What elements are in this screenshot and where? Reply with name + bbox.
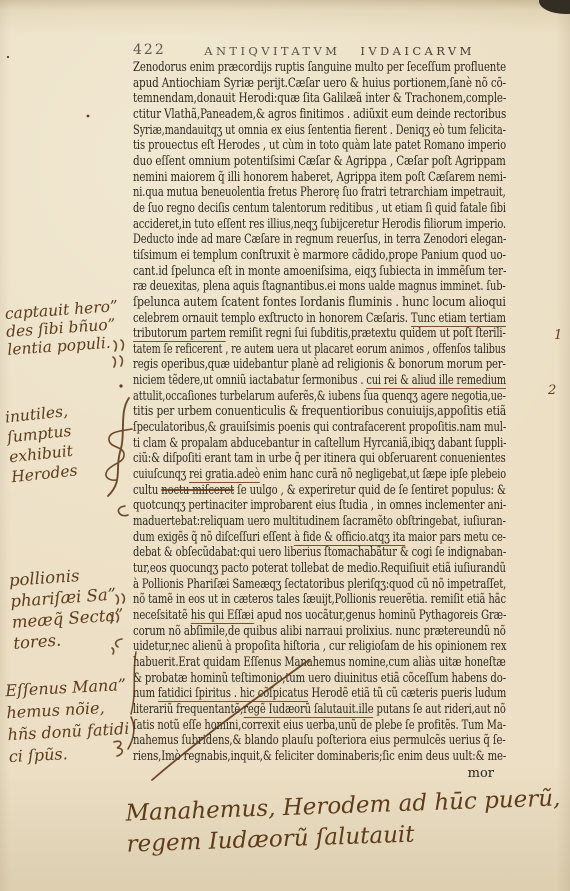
text-line: à Pollionis Phariſæi Sameæqʒ ſectatoribu…: [133, 577, 420, 593]
text-line: ſpelunca autem ſcatent fontes Iordanis f…: [133, 295, 448, 311]
text-line: ræ deuexitas, plena aquis ſtagnantibus.e…: [133, 279, 416, 295]
text-line: attulit,occaſiones turbelarum auferẽs,& …: [133, 389, 414, 405]
text-line: regis operibus,quæ uidebantur planè ad r…: [133, 357, 422, 373]
text-line: cant.id ſpelunca eſt in monte amoeniſsim…: [133, 264, 428, 280]
text-line: corum nõ abſimile,de quibus alibi narrau…: [133, 624, 425, 640]
margin-note-inutiles: inutiles,ſumptusexhibuitHerodes: [4, 401, 78, 488]
text-line: debat & obſecũdabat:qui uero liberius ſt…: [133, 545, 418, 561]
running-title: ANTIQVITATVM IVDAICARVM: [173, 44, 506, 58]
margin-numeral-1: 1: [554, 328, 562, 343]
text-line: num fatidici ſpiritus . hic cõſpicatus H…: [133, 686, 418, 702]
ink-speck: [87, 115, 90, 118]
text-line: Deducto inde ad mare Cæſare in regnum re…: [133, 232, 415, 248]
margin-note-captauit: captauit hero”des ſibi bñuo”lentia popul…: [4, 297, 121, 359]
text-line: literariũ frequentantẽ,regẽ Iudæorũ ſalu…: [133, 702, 418, 718]
text-line: habuerit.Erat quidam Eſſenus Manahemus n…: [133, 655, 420, 671]
text-line: ti clam & propalam abducebantur in caſte…: [133, 436, 416, 452]
text-line: Syriæ,mandauitqʒ ut omnia ex eius ſenten…: [133, 123, 414, 139]
text-line: accideret,in tuto eſſent res illius,neqʒ…: [133, 217, 417, 233]
text-line: tributorum partem remiſit regni ſui ſubd…: [133, 326, 419, 342]
text-line: tur,eos quocunqʒ pacto poterat tollebat …: [133, 561, 420, 577]
text-line: tis prouectus eſt Herodes , ut cùm in to…: [133, 138, 421, 154]
margin-note-essenus: Eſſenus Mana”hemus nõie,hñs donũ fatidic…: [5, 674, 131, 768]
margin-flourish: [106, 429, 132, 480]
ink-speck: [7, 56, 9, 58]
text-line: ſpeculatoribus,& grauiſsimis poenis qui …: [133, 420, 420, 436]
text-line: temnendam,donauit Herodi:quæ ſita Galilæ…: [133, 91, 428, 107]
text-line: ctitur Vlathã,Paneadem,& agros finitimos…: [133, 107, 427, 123]
text-line: de ſuo regno deciſis centum talentorum r…: [133, 201, 415, 217]
text-line: dum exigẽs q̃ nõ diſceſſuri eſſent à fid…: [133, 530, 414, 546]
text-line: ni.qua mutua beneuolentia fretus Pherorę…: [133, 185, 417, 201]
page-header: 422 ANTIQVITATVM IVDAICARVM: [133, 42, 506, 58]
corner-dark-blob: [539, 0, 570, 14]
text-line: uidetur,nec alienũ à propoſita hiſtoria …: [133, 639, 420, 655]
text-line: ſatis notũ eſſe homini,correxit eius uer…: [133, 718, 418, 734]
text-line: cuiuſcunqʒ rei gratia.adeò enim hanc cur…: [133, 467, 411, 483]
text-line: Zenodorus enim præcordijs ruptis ſanguin…: [133, 60, 423, 76]
text-line: cultu noctu miſceret ſe uulgo , & experi…: [133, 483, 420, 499]
margin-numeral-2: 2: [548, 383, 556, 398]
bottom-handwritten-note: Manahemus, Herodem ad hūc puerũ,regem Iu…: [125, 783, 562, 860]
text-line: nahemus ſubridens,& blando plauſu poſter…: [133, 733, 423, 749]
margin-note-pollionis: pollionisphariſæi Sa”meæq̃ Secta”tores.: [8, 562, 126, 654]
body-text: Zenodorus enim præcordijs ruptis ſanguin…: [133, 60, 506, 765]
book-page: 422 ANTIQVITATVM IVDAICARVM Zenodorus en…: [0, 0, 570, 891]
margin-brace: [108, 398, 129, 496]
text-line: apud Antiochiam Syriæ perijt.Cæſar uero …: [133, 76, 430, 92]
text-line: riens,Imò regnabis,inquit,& feliciter do…: [133, 749, 423, 765]
margin-mark: [118, 506, 128, 516]
text-line: titis per urbem conuenticulis & frequent…: [133, 404, 438, 420]
text-line: quotcunqʒ pertinaciter improbarent eius …: [133, 498, 420, 514]
text-line: nemini maiorem q̃ illi honorem haberet, …: [133, 170, 423, 186]
text-line: tatem ſe reficerent , re autem uera ut p…: [133, 342, 407, 358]
text-line: ciũ:& diſpoſiti erant tam in urbe q̃ per…: [133, 451, 419, 467]
text-line: & probatæ hominũ teſtimonio,tum uero diu…: [133, 671, 422, 687]
text-line: duo eſſent omnium potentiſsimi Cæſar & A…: [133, 154, 430, 170]
text-line: maduertebat:reliquam uero multitudinem ſ…: [133, 514, 419, 530]
catchword: mor: [133, 766, 494, 781]
margin-quote-mark: [113, 356, 122, 367]
text-line: celebrem ornauit templo exſtructo in hon…: [133, 311, 419, 327]
text-line: nõ tamẽ in eos ut in cæteros tales ſæuij…: [133, 592, 418, 608]
text-line: niciem tẽdere,ut omniũ iactabatur ſermon…: [133, 373, 414, 389]
page-number: 422: [133, 42, 166, 58]
text-line: neceſsitatẽ his qui Eſſæi apud nos uocãt…: [133, 608, 420, 624]
text-line: tiſsimum ei templum conſtruxit è marmore…: [133, 248, 425, 264]
ink-dot: [119, 384, 122, 387]
